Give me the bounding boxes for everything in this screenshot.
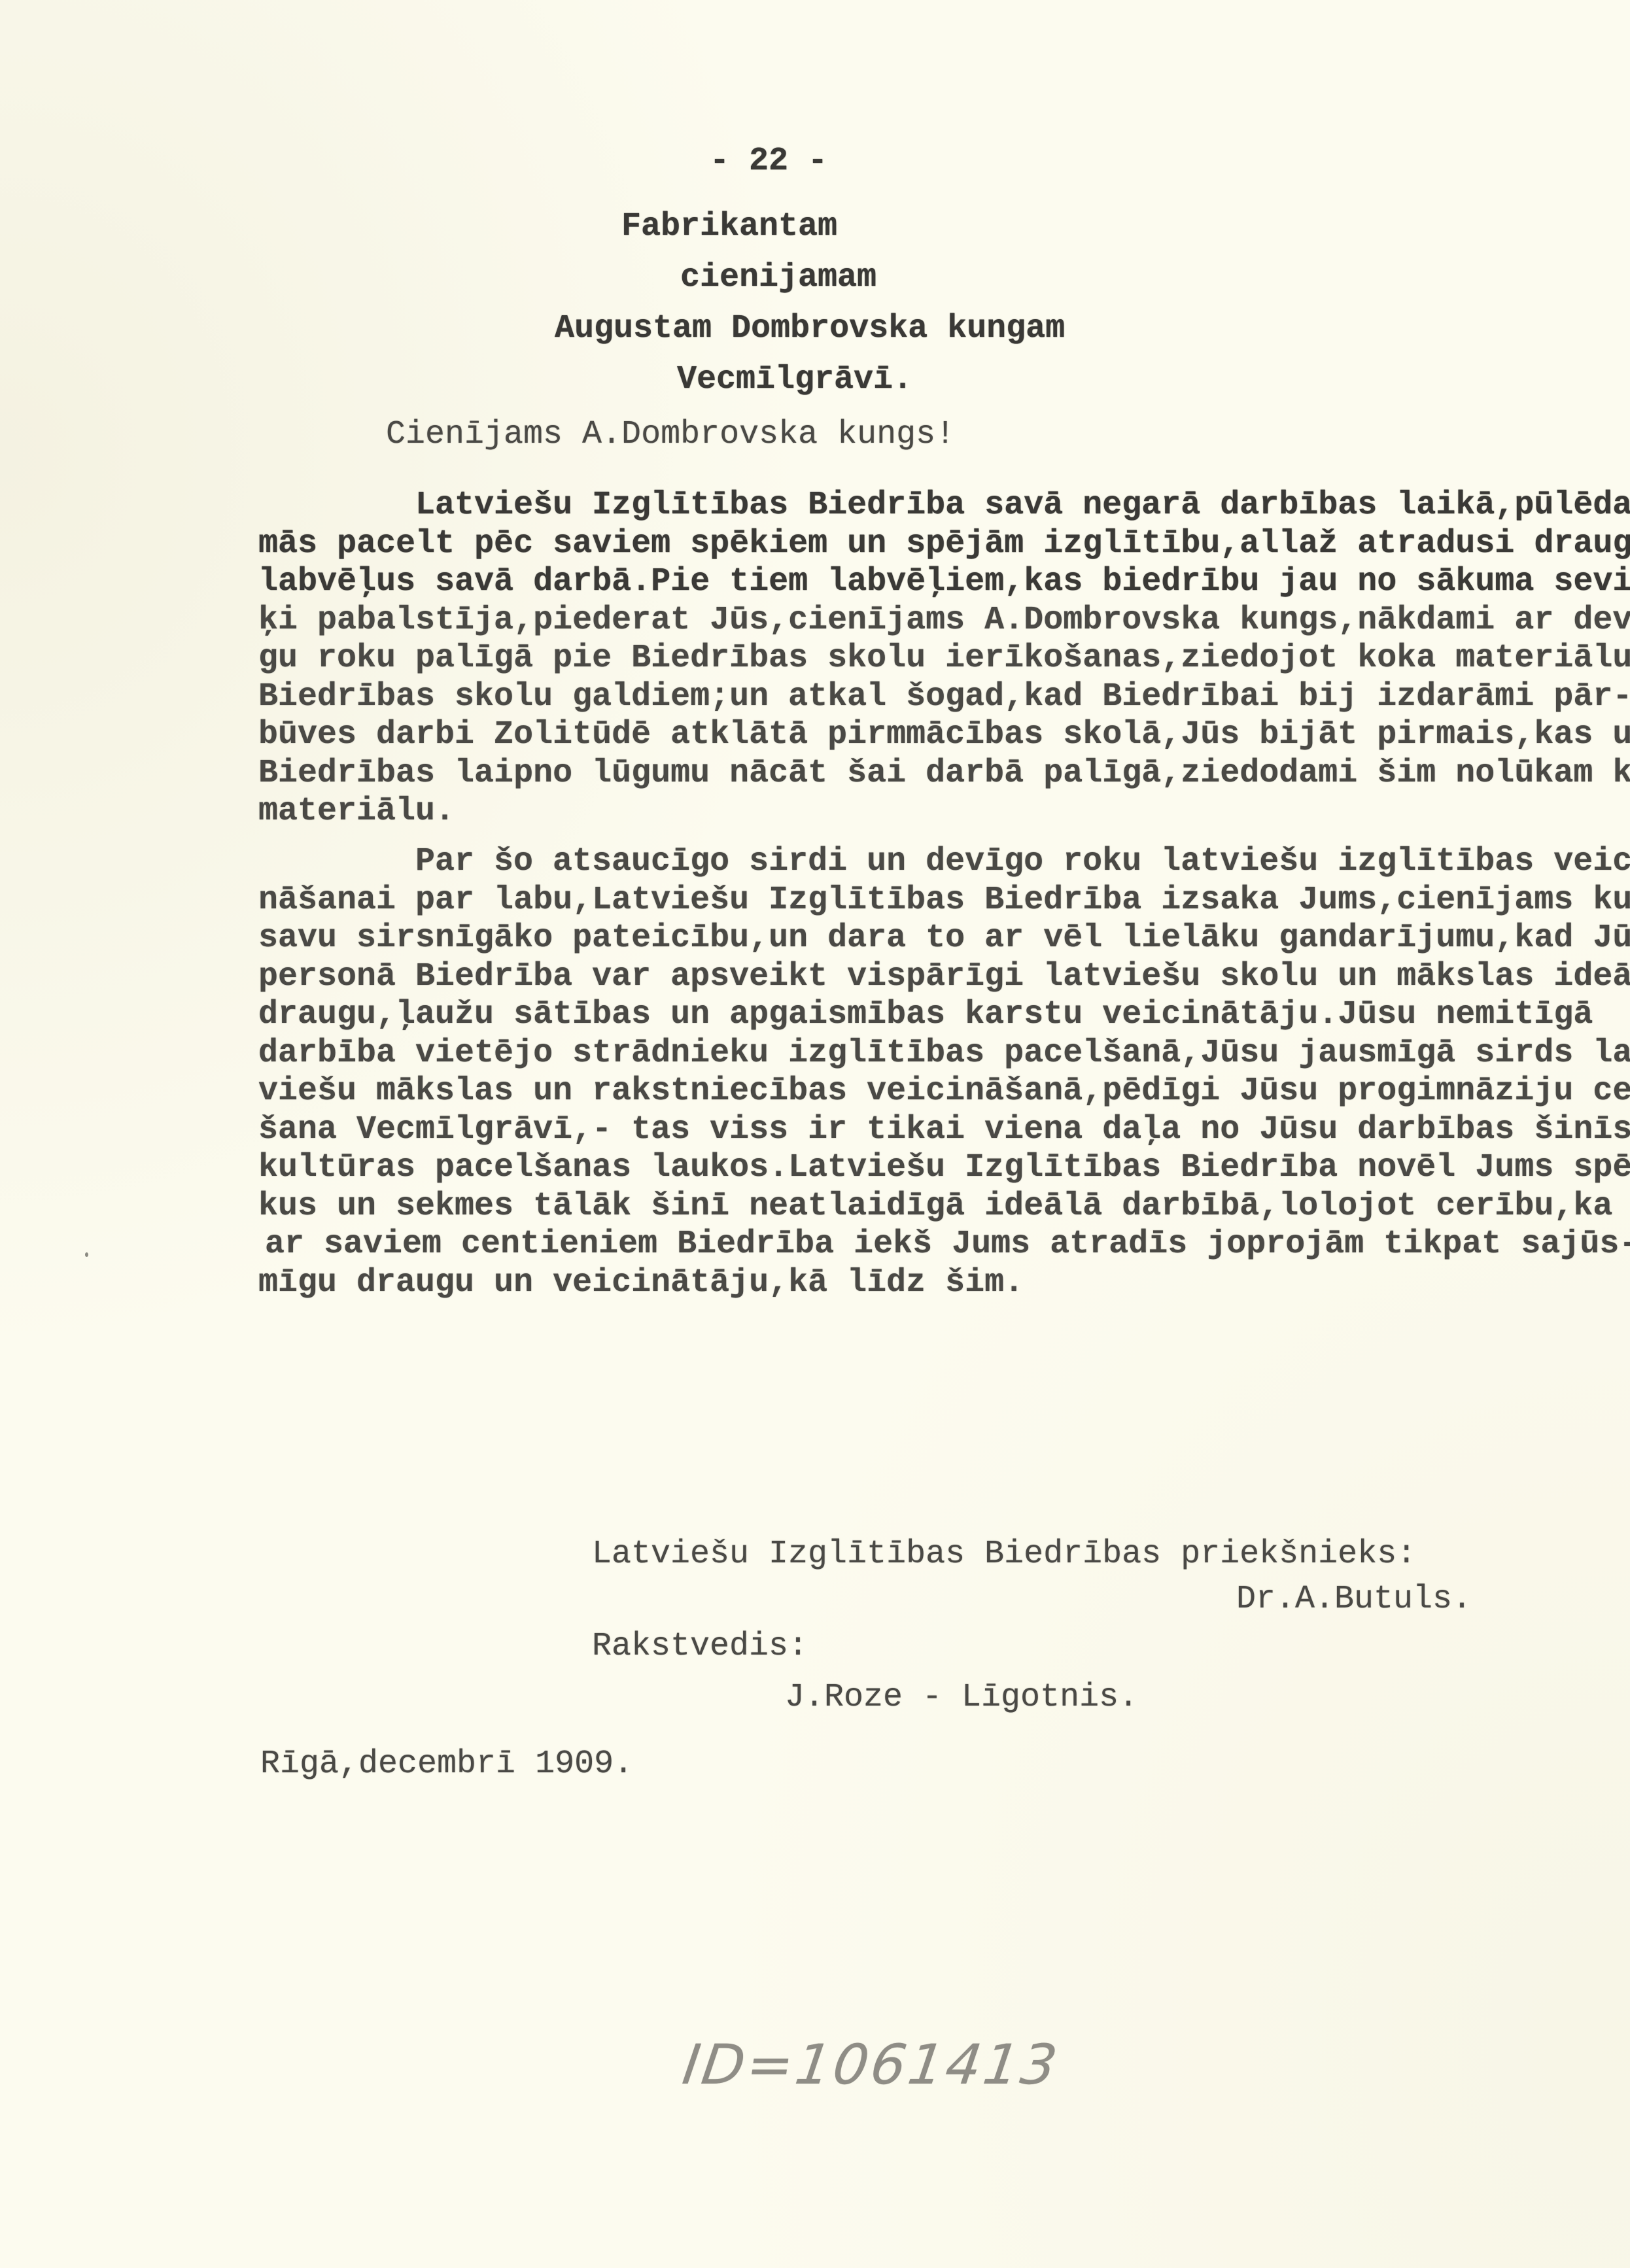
letter-page: - 22 - Fabrikantam cienijamam Augustam D… [0,0,1630,2268]
handwritten-archive-id: ID=1061413 [679,2033,1064,2097]
page-number: - 22 - [710,145,827,178]
addressee-line-2: cienijamam [680,262,876,294]
body-line: būves darbi Zolitūdē atklātā pirmmācības… [258,719,1630,751]
addressee-line-4: Vecmīlgrāvī. [677,364,912,396]
body-line: gu roku palīgā pie Biedrības skolu ierīk… [258,642,1630,675]
body-line: Latviešu Izglītības Biedrība savā negarā… [415,489,1630,522]
body-line: savu sirsnīgāko pateicību,un dara to ar … [258,922,1630,955]
chair-name: Dr.A.Butuls. [1236,1583,1472,1616]
place-date: Rīgā,decembrī 1909. [260,1748,633,1781]
body-line: viešu mākslas un rakstniecības veicināša… [258,1075,1630,1108]
body-line: Biedrības laipno lūgumu nācāt šai darbā … [258,757,1630,790]
body-line: Biedrības skolu galdiem;un atkal šogad,k… [258,681,1630,713]
body-line: kus un sekmes tālāk šinī neatlaidīgā ide… [258,1190,1612,1223]
addressee-line-1: Fabrikantam [621,211,837,243]
addressee-line-3: Augustam Dombrovska kungam [555,313,1065,345]
salutation: Cienījams A.Dombrovska kungs! [386,419,955,451]
body-line: ķi pabalstīja,piederat Jūs,cienījams A.D… [258,604,1630,637]
body-line: nāšanai par labu,Latviešu Izglītības Bie… [258,884,1630,917]
body-line: materiālu. [258,795,455,828]
body-line: šana Vecmīlgrāvī,- tas viss ir tikai vie… [258,1114,1630,1146]
secretary-title: Rakstvedis: [592,1630,808,1663]
body-line: kultūras pacelšanas laukos.Latviešu Izgl… [258,1152,1630,1184]
paper-speck [85,1252,88,1257]
body-line: Par šo atsaucīgo sirdi un devīgo roku la… [415,846,1630,878]
body-line: darbība vietējo strādnieku izglītības pa… [258,1037,1630,1070]
body-line: mās pacelt pēc saviem spēkiem un spējām … [258,528,1630,560]
chair-title: Latviešu Izglītības Biedrības priekšniek… [592,1538,1416,1571]
body-line: draugu,ļaužu sātības un apgaismības kars… [258,999,1593,1031]
secretary-name: J.Roze - Līgotnis. [785,1681,1138,1714]
body-line: mīgu draugu un veicinātāju,kā līdz šim. [258,1267,1024,1299]
body-line: ar saviem centieniem Biedrība iekš Jums … [265,1228,1630,1261]
body-line: labvēļus savā darbā.Pie tiem labvēļiem,k… [258,566,1630,598]
body-line: personā Biedrība var apsveikt vispārīgi … [258,961,1630,993]
